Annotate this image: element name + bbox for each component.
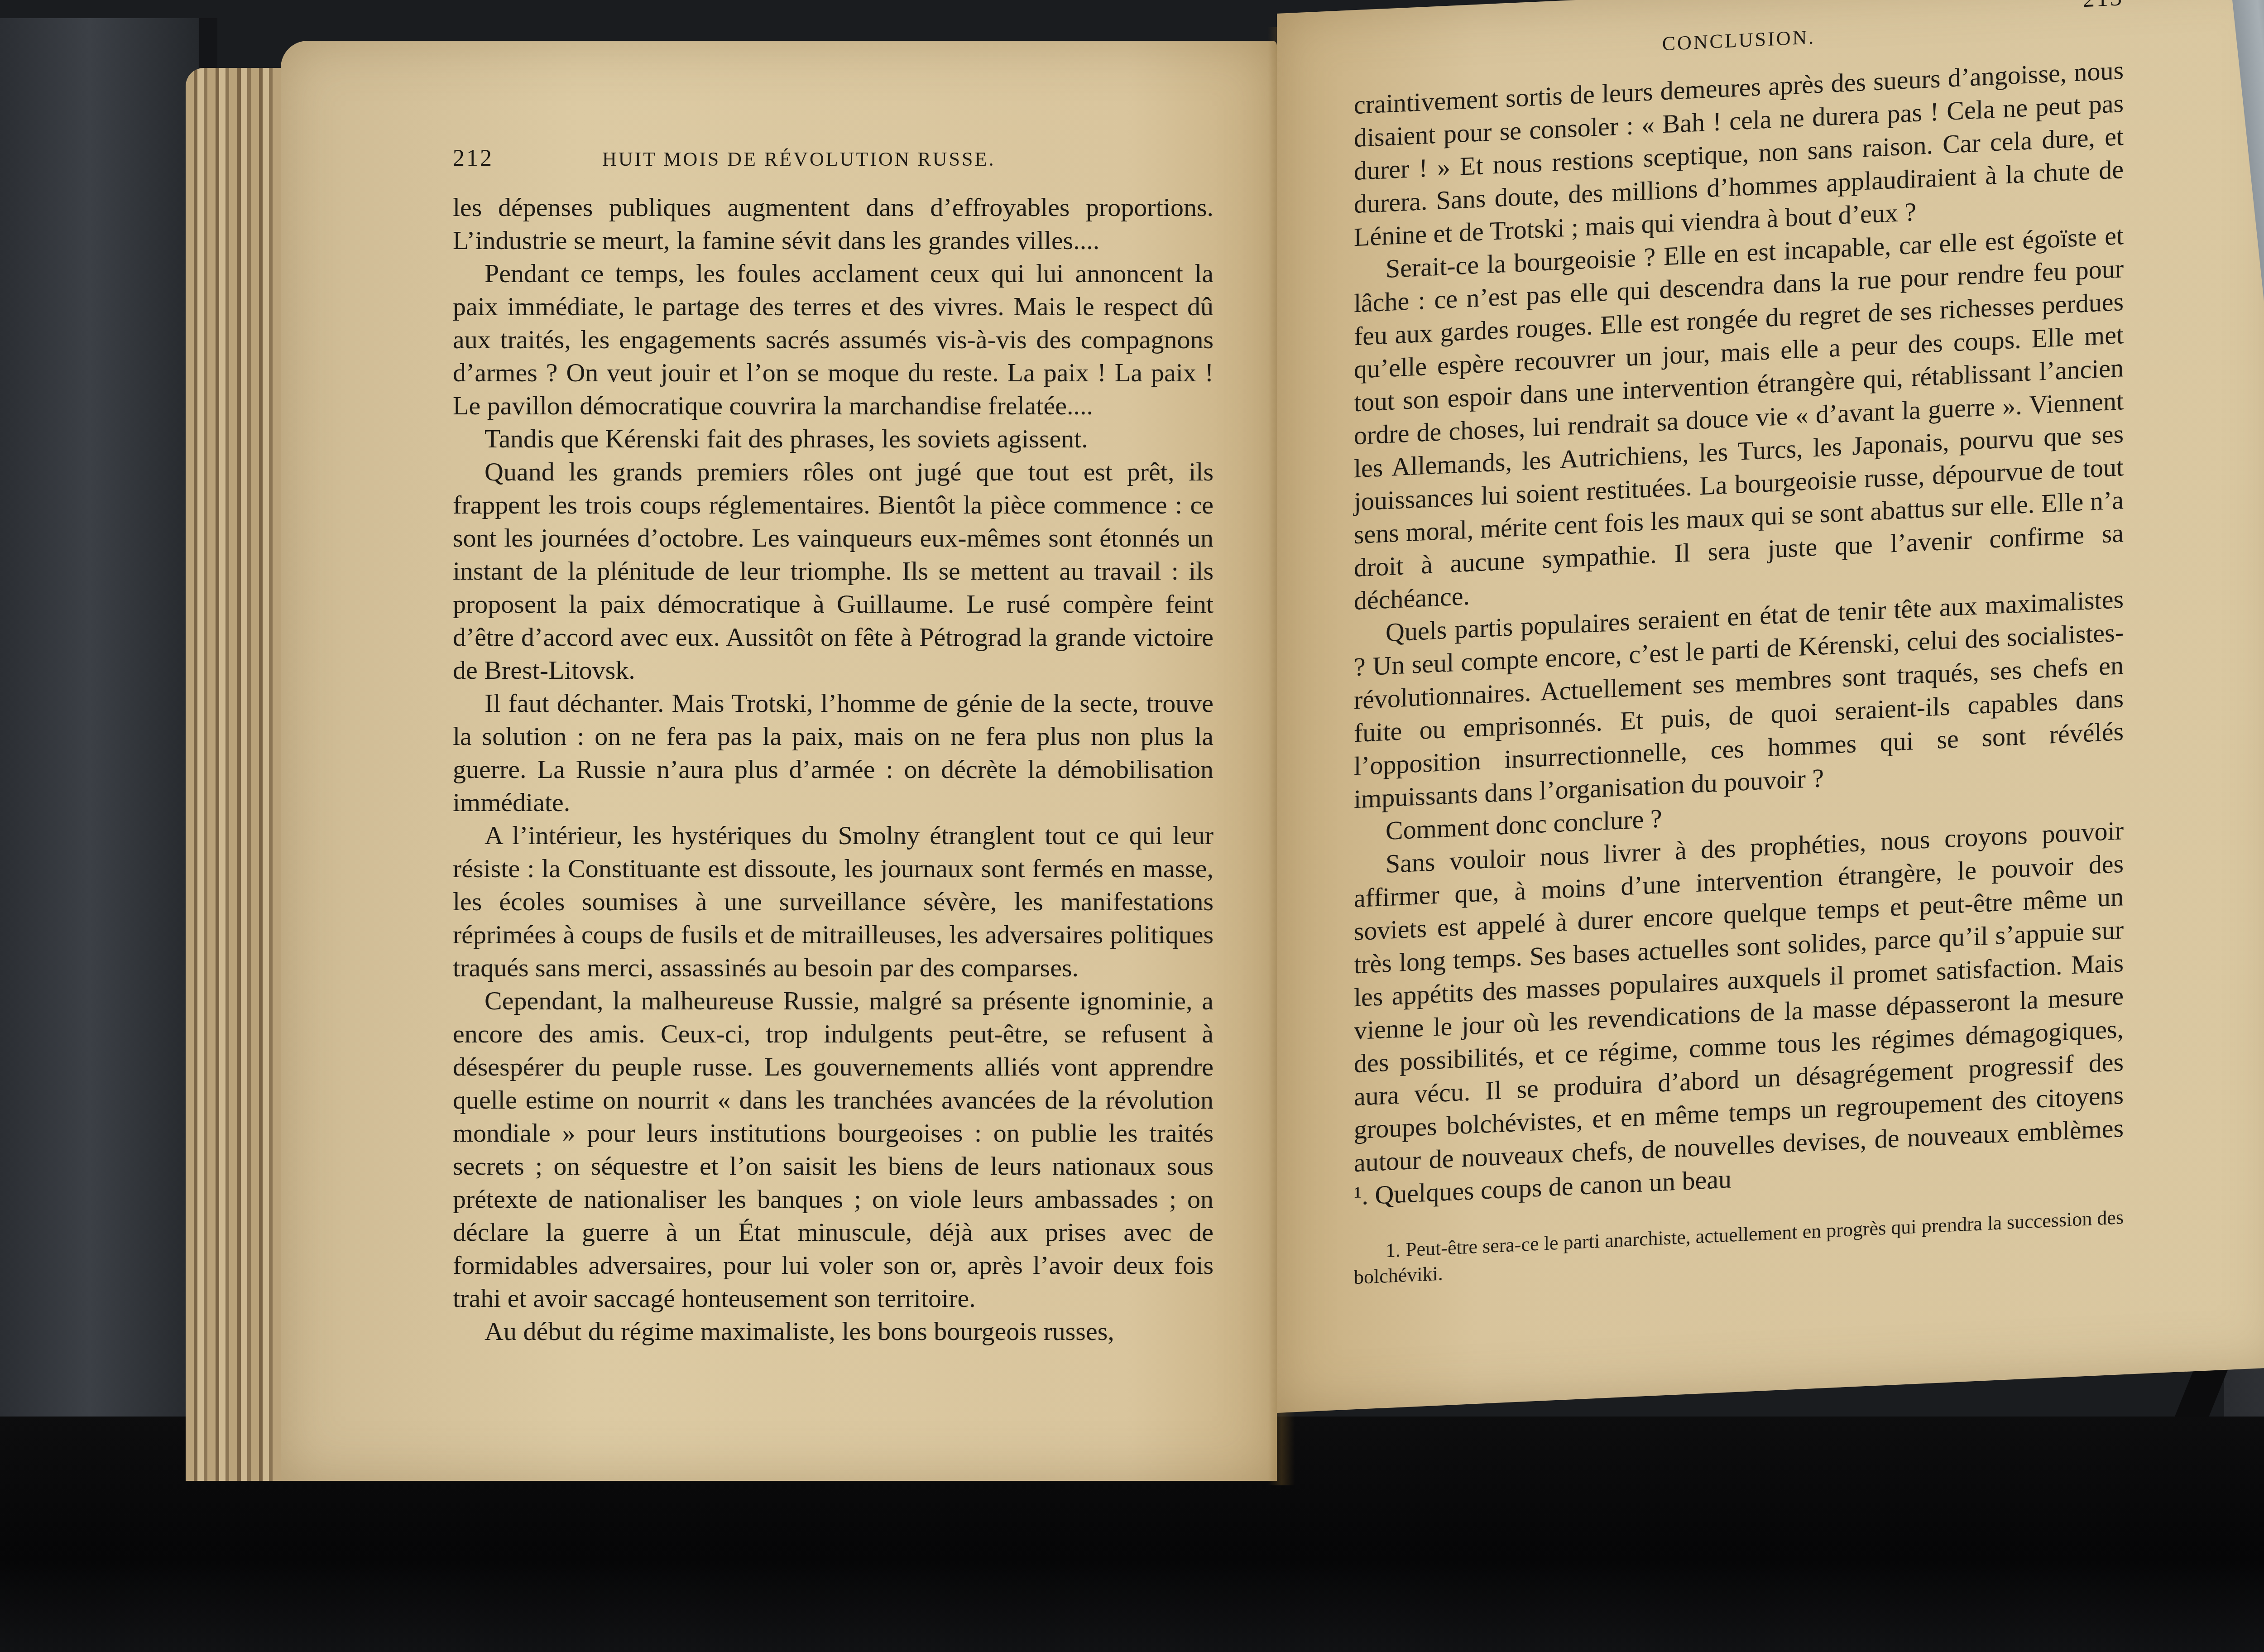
left-page: 212 HUIT MOIS DE RÉVOLUTION RUSSE. les d…: [281, 41, 1277, 1481]
photo-scene: 212 HUIT MOIS DE RÉVOLUTION RUSSE. les d…: [0, 0, 2264, 1652]
running-head-title: CONCLUSION.: [1662, 25, 1816, 55]
right-page: CONCLUSION. 213 craintivement sortis de …: [1277, 0, 2264, 1413]
left-running-head: 212 HUIT MOIS DE RÉVOLUTION RUSSE.: [453, 145, 1214, 172]
paragraph: les dépenses publiques augmentent dans d…: [453, 191, 1214, 257]
page-number: 212: [453, 145, 494, 172]
left-page-content: 212 HUIT MOIS DE RÉVOLUTION RUSSE. les d…: [453, 145, 1214, 1348]
page-number: 213: [2083, 0, 2124, 13]
paragraph: A l’intérieur, les hystériques du Smolny…: [453, 819, 1214, 984]
book-page-edges: [186, 68, 285, 1481]
paragraph: Quand les grands premiers rôles ont jugé…: [453, 455, 1214, 687]
footnote: 1. Peut-être sera-ce le parti anarchiste…: [1354, 1205, 2124, 1290]
paragraph: Cependant, la malheureuse Russie, malgré…: [453, 984, 1214, 1315]
display-tray-left: [0, 18, 217, 1467]
paragraph: Il faut déchanter. Mais Trotski, l’homme…: [453, 687, 1214, 819]
paragraph: Sans vouloir nous livrer à des prophétie…: [1354, 814, 2124, 1212]
right-page-content: CONCLUSION. 213 craintivement sortis de …: [1354, 11, 2124, 1290]
paragraph: Serait-ce la bourgeoisie ? Elle en est i…: [1354, 219, 2124, 617]
right-page-text: craintivement sortis de leurs demeures a…: [1354, 53, 2124, 1212]
running-head-title: HUIT MOIS DE RÉVOLUTION RUSSE.: [602, 148, 995, 171]
paragraph: Au début du régime maximaliste, les bons…: [453, 1315, 1214, 1348]
paragraph: Pendant ce temps, les foules acclament c…: [453, 257, 1214, 422]
left-page-text: les dépenses publiques augmentent dans d…: [453, 191, 1214, 1348]
paragraph: Quels partis populaires seraient en état…: [1354, 582, 2124, 816]
paragraph: Tandis que Kérenski fait des phrases, le…: [453, 422, 1214, 455]
